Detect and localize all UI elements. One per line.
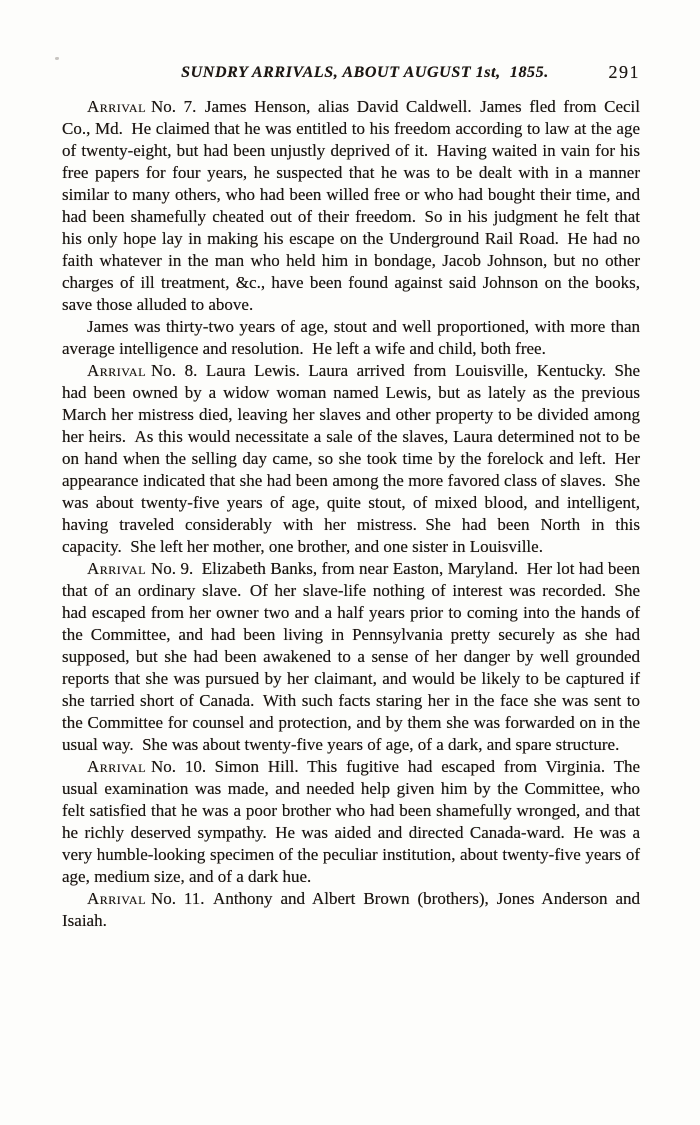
paragraph-arrival-7: ArrivalNo. 7. James Henson, alias David … [62,96,640,316]
arrival-smallcaps: Arrival [87,889,146,908]
header-title-day: 1st, [476,64,501,81]
page-header: SUNDRY ARRIVALS, ABOUT AUGUST1st, 1855. … [62,64,640,88]
page-number: 291 [609,62,641,83]
header-title-main: SUNDRY ARRIVALS, ABOUT AUGUST [181,64,471,81]
paragraph-james-description: James was thirty-two years of age, stout… [62,316,640,360]
running-header-title: SUNDRY ARRIVALS, ABOUT AUGUST1st, 1855. [76,64,654,82]
arrival-smallcaps: Arrival [87,757,146,776]
paragraph-text: No. 11. Anthony and Albert Brown (brothe… [62,889,640,930]
paragraph-text: James was thirty-two years of age, stout… [62,317,640,358]
arrival-smallcaps: Arrival [87,559,146,578]
arrival-smallcaps: Arrival [87,361,146,380]
paragraph-arrival-10: ArrivalNo. 10. Simon Hill. This fugitive… [62,756,640,888]
paragraph-text: No. 8. Laura Lewis. Laura arrived from L… [62,361,640,556]
paragraph-text: No. 10. Simon Hill. This fugitive had es… [62,757,640,886]
paragraph-arrival-11: ArrivalNo. 11. Anthony and Albert Brown … [62,888,640,932]
scan-artifact [55,57,59,60]
page-body: ArrivalNo. 7. James Henson, alias David … [62,96,640,932]
paragraph-arrival-9: ArrivalNo. 9. Elizabeth Banks, from near… [62,558,640,756]
paragraph-text: No. 7. James Henson, alias David Caldwel… [62,97,640,314]
header-title-year: 1855. [510,64,549,81]
arrival-smallcaps: Arrival [87,97,146,116]
paragraph-text: No. 9. Elizabeth Banks, from near Easton… [62,559,640,754]
paragraph-arrival-8: ArrivalNo. 8. Laura Lewis. Laura arrived… [62,360,640,558]
book-page: SUNDRY ARRIVALS, ABOUT AUGUST1st, 1855. … [0,0,700,1125]
